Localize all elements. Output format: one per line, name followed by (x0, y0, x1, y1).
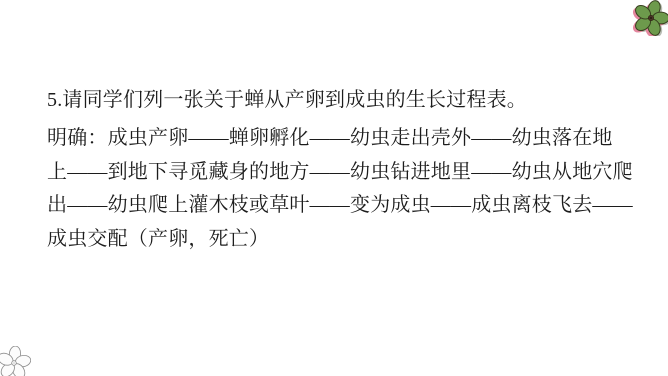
answer-line-1: 明确：成虫产卵——蝉卵孵化——幼虫走出壳外——幼虫落在地 (47, 122, 632, 156)
question-text: 5.请同学们列一张关于蝉从产卵到成虫的生长过程表。 (47, 84, 632, 118)
answer-line-4: 成虫交配（产卵，死亡） (47, 223, 632, 257)
white-flower-icon (0, 346, 31, 376)
answer-line-2: 上——到地下寻觅藏身的地方——幼虫钻进地里——幼虫从地穴爬 (47, 156, 632, 190)
slide-text: 5.请同学们列一张关于蝉从产卵到成虫的生长过程表。 明确：成虫产卵——蝉卵孵化—… (47, 84, 632, 257)
answer-line-3: 出——幼虫爬上灌木枝或草叶——变为成虫——成虫离枝飞去—— (47, 189, 632, 223)
slide-canvas: 5.请同学们列一张关于蝉从产卵到成虫的生长过程表。 明确：成虫产卵——蝉卵孵化—… (0, 0, 668, 376)
green-flower-icon (633, 0, 668, 36)
